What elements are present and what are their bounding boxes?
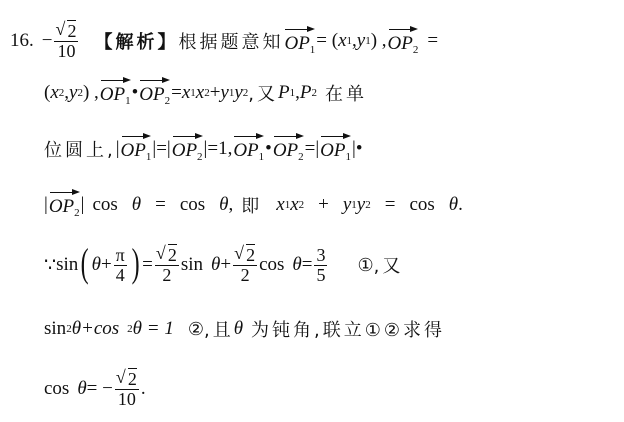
vector-op2: OP2	[139, 78, 170, 107]
analysis-label: 【解析】	[94, 28, 178, 54]
vector-op2: OP2	[49, 190, 80, 219]
answer-sign: −	[42, 30, 53, 52]
vector-op1: OP1	[320, 134, 351, 163]
vector-op1: OP1	[284, 27, 315, 56]
final-answer-fraction: 2 10	[115, 370, 139, 409]
line-7: cos θ = − 2 10 .	[44, 370, 146, 409]
line-2: ( x2 , y2 ) , OP1 • OP2 = x1 x2 + y1 y2 …	[44, 78, 367, 107]
vector-op2: OP2	[172, 134, 203, 163]
problem-number: 16.	[10, 30, 34, 52]
line-6: sin2 θ+cos 2 θ = 1 ② ,且 θ 为钝角,联立①②求得	[44, 316, 445, 342]
vector-op1: OP1	[233, 134, 264, 163]
vector-op1: OP1	[121, 134, 152, 163]
line-5: ∵ sin ( θ + π4 ) = 22 sin θ + 22 cos θ =…	[44, 246, 403, 285]
answer-fraction: 2 10	[54, 22, 78, 61]
vector-op2: OP2	[388, 27, 419, 56]
vector-op1: OP1	[100, 78, 131, 107]
line-3: 位圆上, | OP1 | = | OP2 | = 1, OP1 • OP2 = …	[44, 134, 362, 163]
vector-op2: OP2	[273, 134, 304, 163]
line-4: | OP2 | cos θ = cos θ , 即 x1 x2 + y1 y2 …	[44, 190, 463, 219]
line-1: 16. − 2 10 【解析】 根据题意知 OP1 = ( x1 , y1 ) …	[10, 22, 438, 61]
